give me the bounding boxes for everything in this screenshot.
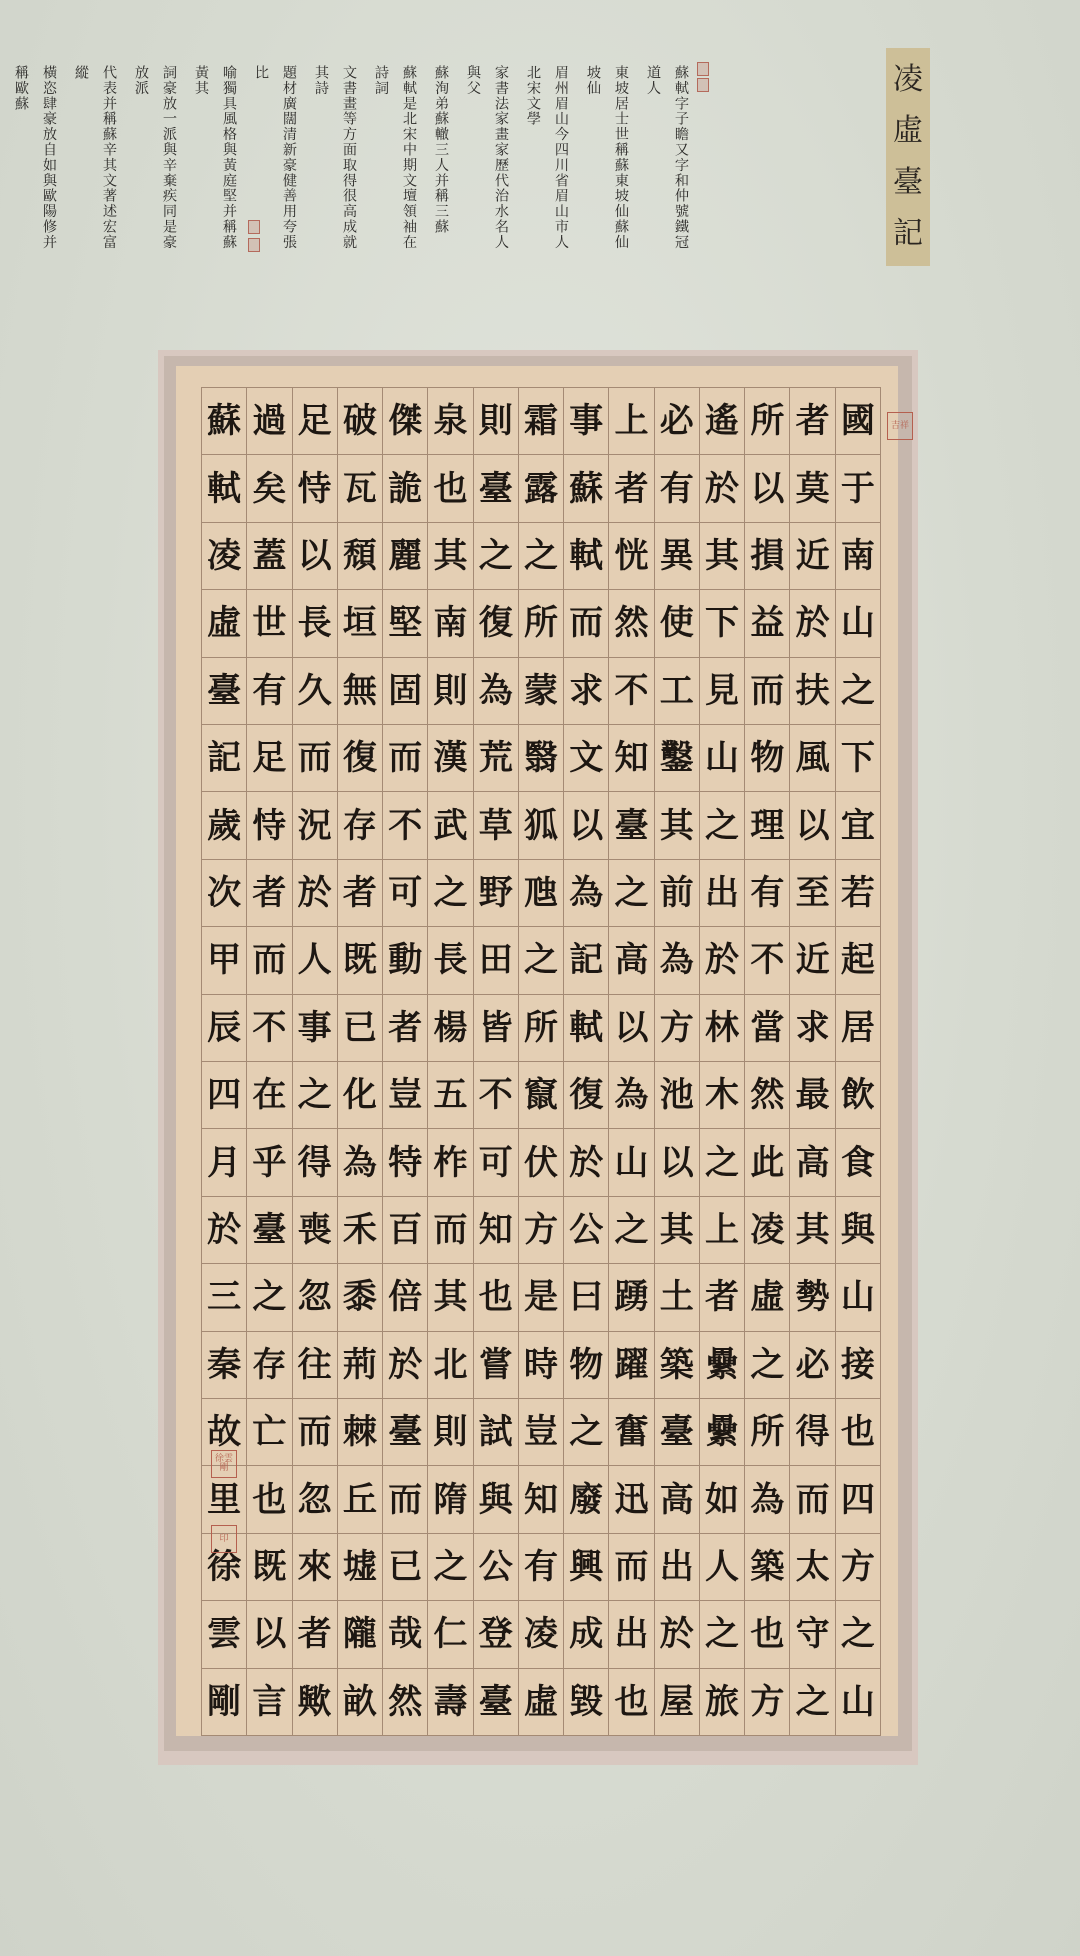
grid-cell: 伏 [519, 1129, 564, 1196]
grid-cell: 次 [202, 860, 247, 927]
grid-cell: 上 [609, 388, 654, 455]
grid-cell: 化 [338, 1062, 383, 1129]
grid-cell: 之 [519, 523, 564, 590]
grid-cell: 之 [790, 1669, 835, 1736]
grid-cell: 而 [745, 658, 790, 725]
inscription-column: 蘇軾字子瞻又字和仲號鐵冠道人 [639, 65, 695, 265]
grid-cell: 不 [745, 927, 790, 994]
grid-cell: 之 [609, 1197, 654, 1264]
grid-cell: 飲 [836, 1062, 881, 1129]
grid-cell: 山 [700, 725, 745, 792]
grid-cell: 世 [247, 590, 292, 657]
grid-cell: 足 [293, 388, 338, 455]
seal-icon: 吉祥 [887, 412, 913, 440]
grid-cell: 五 [428, 1062, 473, 1129]
grid-cell: 守 [790, 1601, 835, 1668]
grid-cell: 哉 [383, 1601, 428, 1668]
grid-cell: 嘗 [474, 1332, 519, 1399]
grid-cell: 於 [293, 860, 338, 927]
grid-cell: 物 [564, 1332, 609, 1399]
grid-cell: 堅 [383, 590, 428, 657]
grid-cell: 以 [609, 995, 654, 1062]
grid-cell: 之 [836, 658, 881, 725]
grid-cell: 在 [247, 1062, 292, 1129]
grid-cell: 恍 [609, 523, 654, 590]
grid-cell: 過 [247, 388, 292, 455]
grid-cell: 蒙 [519, 658, 564, 725]
grid-cell: 之 [247, 1264, 292, 1331]
grid-cell: 於 [700, 455, 745, 522]
signature-seal-icon: 徐雲剛 [211, 1450, 237, 1478]
grid-cell: 見 [700, 658, 745, 725]
grid-cell: 而 [564, 590, 609, 657]
grid-cell: 丘 [338, 1466, 383, 1533]
grid-cell: 之 [564, 1399, 609, 1466]
grid-cell: 野 [474, 860, 519, 927]
inscription-column: 喻獨具風格與黃庭堅并稱蘇黃其 [187, 65, 243, 265]
grid-cell: 纍 [700, 1399, 745, 1466]
grid-cell: 足 [247, 725, 292, 792]
grid-cell: 墟 [338, 1534, 383, 1601]
grid-cell: 固 [383, 658, 428, 725]
grid-cell: 以 [655, 1129, 700, 1196]
grid-cell: 臺 [609, 792, 654, 859]
grid-cell: 池 [655, 1062, 700, 1129]
grid-cell: 出 [655, 1534, 700, 1601]
grid-cell: 四 [202, 1062, 247, 1129]
grid-cell: 長 [428, 927, 473, 994]
inscription-column: 家書法家畫家歷代治水名人與父 [459, 65, 515, 265]
grid-cell: 往 [293, 1332, 338, 1399]
grid-cell: 而 [247, 927, 292, 994]
grid-cell: 破 [338, 388, 383, 455]
grid-cell: 最 [790, 1062, 835, 1129]
grid-cell: 特 [383, 1129, 428, 1196]
grid-cell: 其 [655, 792, 700, 859]
grid-cell: 月 [202, 1129, 247, 1196]
grid-cell: 損 [745, 523, 790, 590]
grid-cell: 軾 [202, 455, 247, 522]
grid-cell: 也 [745, 1601, 790, 1668]
grid-cell: 甲 [202, 927, 247, 994]
grid-cell: 益 [745, 590, 790, 657]
grid-cell: 其 [428, 523, 473, 590]
grid-cell: 下 [700, 590, 745, 657]
grid-cell: 食 [836, 1129, 881, 1196]
grid-cell: 凌 [202, 523, 247, 590]
grid-cell: 築 [745, 1534, 790, 1601]
grid-cell: 況 [293, 792, 338, 859]
grid-cell: 則 [428, 658, 473, 725]
grid-cell: 以 [293, 523, 338, 590]
grid-cell: 百 [383, 1197, 428, 1264]
grid-cell: 所 [745, 1399, 790, 1466]
grid-cell: 山 [836, 1669, 881, 1736]
grid-cell: 則 [428, 1399, 473, 1466]
grid-cell: 麗 [383, 523, 428, 590]
grid-cell: 而 [790, 1466, 835, 1533]
grid-cell: 瓦 [338, 455, 383, 522]
grid-cell: 仁 [428, 1601, 473, 1668]
grid-cell: 之 [519, 927, 564, 994]
grid-cell: 久 [293, 658, 338, 725]
grid-cell: 興 [564, 1534, 609, 1601]
grid-cell: 之 [474, 523, 519, 590]
grid-cell: 虛 [519, 1669, 564, 1736]
grid-cell: 雲 [202, 1601, 247, 1668]
grid-cell: 毀 [564, 1669, 609, 1736]
grid-cell: 恃 [247, 792, 292, 859]
grid-cell: 記 [202, 725, 247, 792]
grid-cell: 物 [745, 725, 790, 792]
grid-cell: 不 [474, 1062, 519, 1129]
grid-cell: 有 [247, 658, 292, 725]
grid-cell: 山 [836, 1264, 881, 1331]
seal-icon [697, 62, 709, 76]
grid-cell: 上 [700, 1197, 745, 1264]
grid-cell: 者 [293, 1601, 338, 1668]
grid-cell: 為 [609, 1062, 654, 1129]
grid-cell: 工 [655, 658, 700, 725]
grid-cell: 所 [519, 590, 564, 657]
grid-cell: 動 [383, 927, 428, 994]
grid-cell: 之 [293, 1062, 338, 1129]
grid-cell: 蘇 [202, 388, 247, 455]
grid-cell: 如 [700, 1466, 745, 1533]
grid-cell: 者 [700, 1264, 745, 1331]
grid-cell: 接 [836, 1332, 881, 1399]
grid-cell: 文 [564, 725, 609, 792]
grid-cell: 既 [247, 1534, 292, 1601]
grid-cell: 為 [338, 1129, 383, 1196]
grid-cell: 復 [338, 725, 383, 792]
grid-cell: 林 [700, 995, 745, 1062]
grid-cell: 山 [609, 1129, 654, 1196]
inscription-column: 與韓愈柳宗元歐陽修蘇洵蘇轍王安 [0, 65, 3, 265]
grid-cell: 者 [383, 995, 428, 1062]
grid-cell: 方 [745, 1669, 790, 1736]
grid-cell: 臺 [383, 1399, 428, 1466]
grid-cell: 恃 [293, 455, 338, 522]
grid-cell: 屋 [655, 1669, 700, 1736]
grid-cell: 是 [519, 1264, 564, 1331]
grid-cell: 之 [609, 860, 654, 927]
grid-cell: 扶 [790, 658, 835, 725]
grid-cell: 理 [745, 792, 790, 859]
grid-cell: 臺 [655, 1399, 700, 1466]
seal-icon [248, 220, 260, 234]
grid-cell: 然 [745, 1062, 790, 1129]
grid-cell: 為 [745, 1466, 790, 1533]
grid-cell: 人 [293, 927, 338, 994]
grid-cell: 已 [383, 1534, 428, 1601]
grid-cell: 垣 [338, 590, 383, 657]
grid-cell: 有 [745, 860, 790, 927]
grid-cell: 泉 [428, 388, 473, 455]
grid-cell: 必 [790, 1332, 835, 1399]
grid-cell: 也 [609, 1669, 654, 1736]
grid-cell: 狐 [519, 792, 564, 859]
grid-cell: 異 [655, 523, 700, 590]
signature-seal-icon: 印 [211, 1525, 237, 1553]
grid-cell: 試 [474, 1399, 519, 1466]
grid-cell: 纍 [700, 1332, 745, 1399]
grid-cell: 豈 [519, 1399, 564, 1466]
grid-cell: 方 [655, 995, 700, 1062]
grid-cell: 高 [655, 1466, 700, 1533]
inscription-column: 東坡居士世稱蘇東坡仙蘇仙坡仙 [579, 65, 635, 265]
grid-cell: 者 [247, 860, 292, 927]
grid-cell: 莫 [790, 455, 835, 522]
grid-cell: 頹 [338, 523, 383, 590]
grid-cell: 軾 [564, 995, 609, 1062]
grid-cell: 躍 [609, 1332, 654, 1399]
grid-cell: 北 [428, 1332, 473, 1399]
grid-cell: 辰 [202, 995, 247, 1062]
grid-cell: 蓋 [247, 523, 292, 590]
grid-cell: 復 [564, 1062, 609, 1129]
seal-icon [697, 78, 709, 92]
grid-cell: 山 [836, 590, 881, 657]
grid-cell: 公 [474, 1534, 519, 1601]
grid-cell: 亡 [247, 1399, 292, 1466]
seal-icon [248, 238, 260, 252]
grid-cell: 壽 [428, 1669, 473, 1736]
grid-cell: 隋 [428, 1466, 473, 1533]
grid-cell: 南 [428, 590, 473, 657]
grid-cell: 已 [338, 995, 383, 1062]
title-char: 臺 [893, 168, 923, 198]
grid-cell: 凌 [519, 1601, 564, 1668]
grid-cell: 記 [564, 927, 609, 994]
grid-cell: 隴 [338, 1601, 383, 1668]
grid-cell: 之 [428, 1534, 473, 1601]
inscription-column: 文書畫等方面取得很高成就其詩 [307, 65, 363, 265]
grid-cell: 來 [293, 1534, 338, 1601]
grid-cell: 不 [609, 658, 654, 725]
grid-cell: 秦 [202, 1332, 247, 1399]
grid-cell: 也 [428, 455, 473, 522]
grid-cell: 以 [745, 455, 790, 522]
grid-cell: 荊 [338, 1332, 383, 1399]
grid-cell: 有 [655, 455, 700, 522]
inscription-column: 題材廣闊清新豪健善用夸張比 [247, 65, 303, 265]
grid-cell: 求 [564, 658, 609, 725]
grid-cell: 時 [519, 1332, 564, 1399]
grid-cell: 登 [474, 1601, 519, 1668]
grid-cell: 傑 [383, 388, 428, 455]
grid-cell: 事 [293, 995, 338, 1062]
grid-cell: 者 [790, 388, 835, 455]
grid-cell: 若 [836, 860, 881, 927]
grid-cell: 公 [564, 1197, 609, 1264]
grid-cell: 乎 [247, 1129, 292, 1196]
calligraphy-grid: 蘇過足破傑泉則霜事上必遙所者國軾矣恃瓦詭也臺露蘇者有於以莫于凌蓋以頹麗其之之軾恍… [201, 387, 881, 1736]
grid-cell: 於 [655, 1601, 700, 1668]
grid-cell: 於 [790, 590, 835, 657]
grid-cell: 之 [700, 1129, 745, 1196]
grid-cell: 無 [338, 658, 383, 725]
grid-cell: 而 [428, 1197, 473, 1264]
grid-cell: 其 [700, 523, 745, 590]
grid-cell: 柞 [428, 1129, 473, 1196]
grid-cell: 棘 [338, 1399, 383, 1466]
grid-cell: 迅 [609, 1466, 654, 1533]
grid-cell: 之 [745, 1332, 790, 1399]
grid-cell: 虛 [745, 1264, 790, 1331]
grid-cell: 也 [836, 1399, 881, 1466]
grid-cell: 者 [338, 860, 383, 927]
grid-cell: 此 [745, 1129, 790, 1196]
grid-cell: 忽 [293, 1466, 338, 1533]
grid-cell: 知 [474, 1197, 519, 1264]
grid-cell: 於 [564, 1129, 609, 1196]
grid-cell: 喪 [293, 1197, 338, 1264]
grid-cell: 以 [564, 792, 609, 859]
grid-cell: 可 [474, 1129, 519, 1196]
grid-cell: 長 [293, 590, 338, 657]
grid-cell: 之 [836, 1601, 881, 1668]
grid-cell: 當 [745, 995, 790, 1062]
grid-cell: 方 [836, 1534, 881, 1601]
grid-cell: 與 [836, 1197, 881, 1264]
grid-cell: 翳 [519, 725, 564, 792]
grid-cell: 軾 [564, 523, 609, 590]
grid-cell: 曰 [564, 1264, 609, 1331]
grid-cell: 於 [202, 1197, 247, 1264]
grid-cell: 奮 [609, 1399, 654, 1466]
grid-cell: 之 [700, 1601, 745, 1668]
grid-cell: 使 [655, 590, 700, 657]
title-char: 凌 [893, 65, 923, 95]
grid-cell: 其 [428, 1264, 473, 1331]
grid-cell: 草 [474, 792, 519, 859]
grid-cell: 臺 [474, 1669, 519, 1736]
grid-cell: 太 [790, 1534, 835, 1601]
grid-cell: 與 [474, 1466, 519, 1533]
grid-cell: 而 [609, 1534, 654, 1601]
grid-cell: 也 [247, 1466, 292, 1533]
grid-cell: 而 [383, 1466, 428, 1533]
grid-cell: 剛 [202, 1669, 247, 1736]
grid-cell: 至 [790, 860, 835, 927]
grid-cell: 露 [519, 455, 564, 522]
grid-cell: 存 [338, 792, 383, 859]
inscription-column: 詞豪放一派與辛棄疾同是豪放派 [127, 65, 183, 265]
grid-cell: 於 [383, 1332, 428, 1399]
grid-cell: 為 [564, 860, 609, 927]
grid-cell: 畝 [338, 1669, 383, 1736]
grid-cell: 前 [655, 860, 700, 927]
grid-cell: 則 [474, 388, 519, 455]
grid-cell: 事 [564, 388, 609, 455]
grid-cell: 南 [836, 523, 881, 590]
title-char: 記 [893, 219, 923, 249]
grid-cell: 虛 [202, 590, 247, 657]
grid-cell: 虺 [519, 860, 564, 927]
grid-cell: 人 [700, 1534, 745, 1601]
grid-cell: 得 [790, 1399, 835, 1466]
grid-cell: 所 [519, 995, 564, 1062]
grid-cell: 然 [609, 590, 654, 657]
grid-cell: 歲 [202, 792, 247, 859]
grid-cell: 高 [790, 1129, 835, 1196]
grid-cell: 蘇 [564, 455, 609, 522]
grid-cell: 于 [836, 455, 881, 522]
grid-cell: 近 [790, 523, 835, 590]
grid-cell: 以 [790, 792, 835, 859]
inscription-column: 橫恣肆豪放自如與歐陽修并稱歐蘇 [7, 65, 63, 265]
grid-cell: 土 [655, 1264, 700, 1331]
grid-cell: 四 [836, 1466, 881, 1533]
grid-cell: 不 [247, 995, 292, 1062]
grid-cell: 言 [247, 1669, 292, 1736]
grid-cell: 踴 [609, 1264, 654, 1331]
inscription-column: 眉州眉山今四川省眉山市人北宋文學 [519, 65, 575, 265]
grid-cell: 為 [474, 658, 519, 725]
grid-cell: 出 [700, 860, 745, 927]
grid-cell: 田 [474, 927, 519, 994]
grid-cell: 不 [383, 792, 428, 859]
grid-cell: 下 [836, 725, 881, 792]
grid-cell: 起 [836, 927, 881, 994]
grid-cell: 皆 [474, 995, 519, 1062]
grid-cell: 為 [655, 927, 700, 994]
grid-cell: 所 [745, 388, 790, 455]
grid-cell: 忽 [293, 1264, 338, 1331]
grid-cell: 臺 [247, 1197, 292, 1264]
title-char: 虛 [893, 116, 923, 146]
inscription-column: 蘇洵弟蘇轍三人并稱三蘇 [427, 65, 455, 265]
grid-cell: 三 [202, 1264, 247, 1331]
grid-cell: 遙 [700, 388, 745, 455]
grid-cell: 於 [700, 927, 745, 994]
grid-cell: 漢 [428, 725, 473, 792]
grid-cell: 廢 [564, 1466, 609, 1533]
grid-cell: 而 [293, 1399, 338, 1466]
grid-cell: 必 [655, 388, 700, 455]
grid-cell: 存 [247, 1332, 292, 1399]
grid-cell: 風 [790, 725, 835, 792]
grid-cell: 知 [519, 1466, 564, 1533]
grid-cell: 然 [383, 1669, 428, 1736]
grid-cell: 者 [609, 455, 654, 522]
colophon-inscription: 蘇軾字子瞻又字和仲號鐵冠道人東坡居士世稱蘇東坡仙蘇仙坡仙眉州眉山今四川省眉山市人… [245, 65, 695, 265]
grid-cell: 宜 [836, 792, 881, 859]
grid-cell: 而 [383, 725, 428, 792]
inscription-column: 代表并稱蘇辛其文著述宏富縱 [67, 65, 123, 265]
grid-cell: 禾 [338, 1197, 383, 1264]
grid-cell: 可 [383, 860, 428, 927]
grid-cell: 有 [519, 1534, 564, 1601]
grid-cell: 歟 [293, 1669, 338, 1736]
grid-cell: 出 [609, 1601, 654, 1668]
grid-cell: 之 [428, 860, 473, 927]
grid-cell: 黍 [338, 1264, 383, 1331]
grid-cell: 而 [293, 725, 338, 792]
grid-cell: 武 [428, 792, 473, 859]
grid-cell: 凌 [745, 1197, 790, 1264]
grid-cell: 木 [700, 1062, 745, 1129]
grid-cell: 楊 [428, 995, 473, 1062]
grid-cell: 築 [655, 1332, 700, 1399]
grid-cell: 旅 [700, 1669, 745, 1736]
grid-cell: 臺 [202, 658, 247, 725]
grid-cell: 近 [790, 927, 835, 994]
grid-cell: 勢 [790, 1264, 835, 1331]
grid-cell: 之 [700, 792, 745, 859]
grid-cell: 臺 [474, 455, 519, 522]
